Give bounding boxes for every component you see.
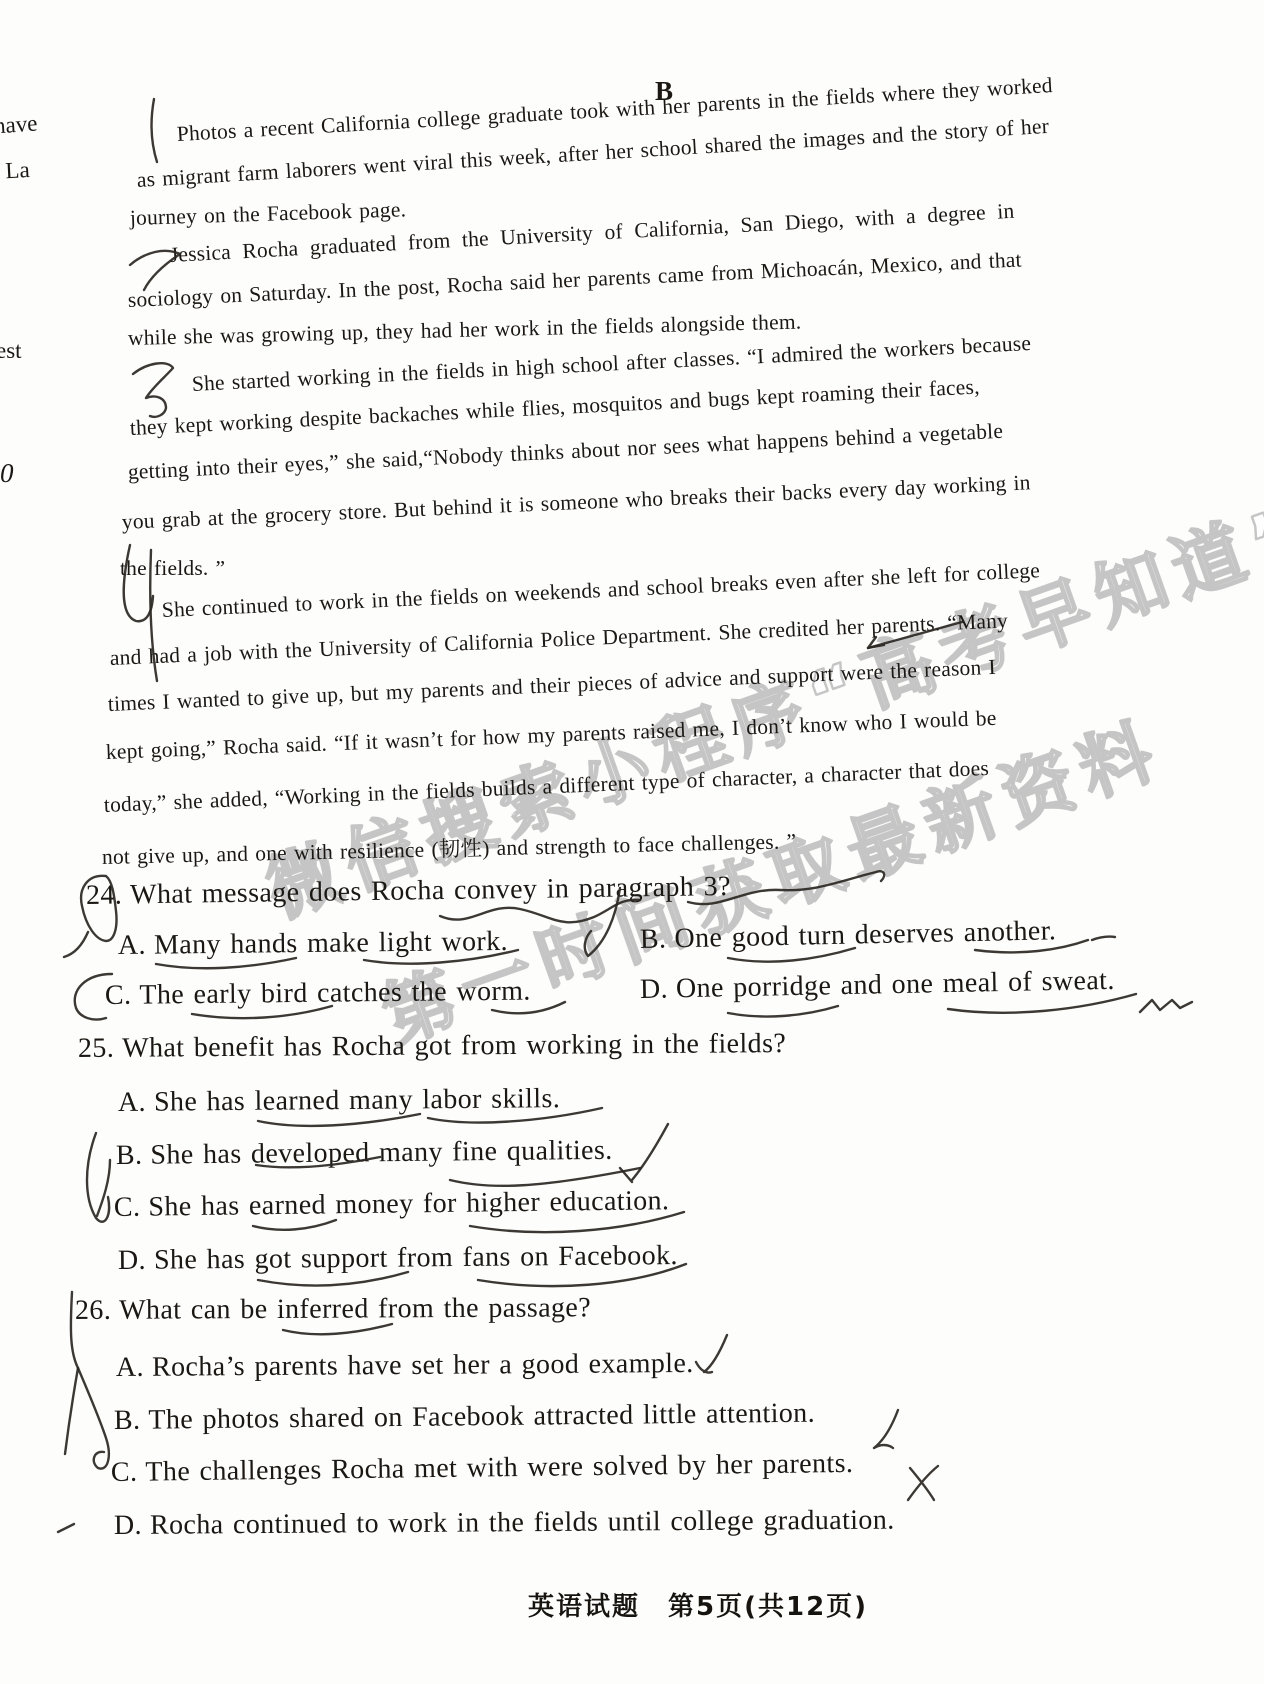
- left-bracket-loop: [87, 1133, 110, 1222]
- option-26-d: D.Rocha continued to work in the fields …: [114, 1505, 895, 1542]
- passage-line: journey on the Facebook page.: [130, 197, 407, 231]
- option-label: A.: [118, 1087, 146, 1118]
- margin-fragment: est: [0, 338, 22, 364]
- option-label: B.: [640, 923, 667, 955]
- pen-stroke-paragraph-1: [152, 99, 157, 162]
- option-text: Many hands make light work.: [154, 926, 508, 961]
- question-text: What can be inferred from the passage?: [119, 1292, 591, 1325]
- question-text: What benefit has Rocha got from working …: [122, 1028, 786, 1064]
- option-text: Rocha continued to work in the fields un…: [150, 1505, 895, 1541]
- option-text: Rocha’s parents have set her a good exam…: [152, 1348, 694, 1383]
- exam-page-scan: 微信搜索小程序“高考早知道” 第一时间获取最新资料 have f La est …: [0, 0, 1264, 1684]
- option-25-d: D.She has got support from fans on Faceb…: [118, 1240, 678, 1277]
- option-text: One good turn deserves another.: [674, 915, 1057, 954]
- option-label: D.: [640, 973, 669, 1005]
- option-label: A.: [118, 930, 146, 961]
- option-text: One porridge and one meal of sweat.: [676, 965, 1115, 1004]
- margin-fragment: f La: [0, 157, 30, 185]
- option-label: B.: [114, 1405, 141, 1436]
- option-25-c: C.She has earned money for higher educat…: [114, 1185, 670, 1224]
- option-26-b: B.The photos shared on Facebook attracte…: [114, 1398, 815, 1437]
- option-text: The early bird catches the worm.: [139, 976, 531, 1011]
- option-text: She has got support from fans on Faceboo…: [154, 1240, 678, 1276]
- question-number: 25.: [78, 1033, 114, 1064]
- option-text: She has learned many labor skills.: [154, 1083, 560, 1118]
- zigzag-scribble: [1140, 1000, 1192, 1012]
- option-26-a: A.Rocha’s parents have set her a good ex…: [116, 1348, 694, 1384]
- option-label: D.: [114, 1510, 142, 1541]
- question-26: 26.What can be inferred from the passage…: [75, 1292, 591, 1327]
- big-n-mark-right-leg: [78, 1368, 109, 1469]
- underline-fine-qualities: [450, 1168, 640, 1186]
- question-25: 25.What benefit has Rocha got from worki…: [78, 1028, 786, 1065]
- passage-line: while she was growing up, they had her w…: [128, 310, 802, 351]
- option-label: A.: [116, 1352, 144, 1383]
- big-n-mark-left-leg: [65, 1368, 78, 1454]
- question-number: 26.: [75, 1295, 111, 1326]
- option-25-a: A.She has learned many labor skills.: [118, 1083, 560, 1119]
- hook-after-option-b: [874, 1410, 898, 1448]
- x-mark-option-c: [908, 1466, 938, 1500]
- question-number: 24.: [86, 879, 123, 911]
- option-label: B.: [116, 1140, 143, 1171]
- option-label: D.: [118, 1245, 146, 1276]
- check-option-a: [696, 1335, 727, 1373]
- passage-line: you grab at the grocery store. But behin…: [121, 470, 1031, 535]
- option-text: She has developed many fine qualities.: [150, 1135, 613, 1171]
- option-24-c: C.The early bird catches the worm.: [105, 976, 531, 1012]
- option-25-b: B.She has developed many fine qualities.: [116, 1135, 613, 1172]
- option-label: C.: [105, 980, 132, 1011]
- margin-fragment: 0: [0, 458, 14, 489]
- option-26-c: C.The challenges Rocha met with were sol…: [111, 1448, 854, 1489]
- margin-fragment: have: [0, 111, 38, 140]
- small-dash: [58, 1524, 74, 1532]
- passage-line: the fields. ”: [120, 556, 225, 581]
- pen-stroke-paragraph-3: [133, 363, 173, 417]
- circle-tail: [64, 932, 88, 957]
- check-option-b: [620, 1124, 668, 1182]
- page-footer: 英语试题 第5页(共12页): [528, 1586, 868, 1623]
- option-text: The challenges Rocha met with were solve…: [145, 1448, 853, 1488]
- option-24-d: D.One porridge and one meal of sweat.: [640, 965, 1115, 1006]
- option-text: She has earned money for higher educatio…: [148, 1185, 669, 1222]
- option-24-a: A.Many hands make light work.: [118, 926, 508, 962]
- option-label: C.: [114, 1192, 141, 1223]
- underline-porridge: [728, 1006, 838, 1017]
- option-text: The photos shared on Facebook attracted …: [148, 1398, 815, 1436]
- option-label: C.: [111, 1457, 138, 1488]
